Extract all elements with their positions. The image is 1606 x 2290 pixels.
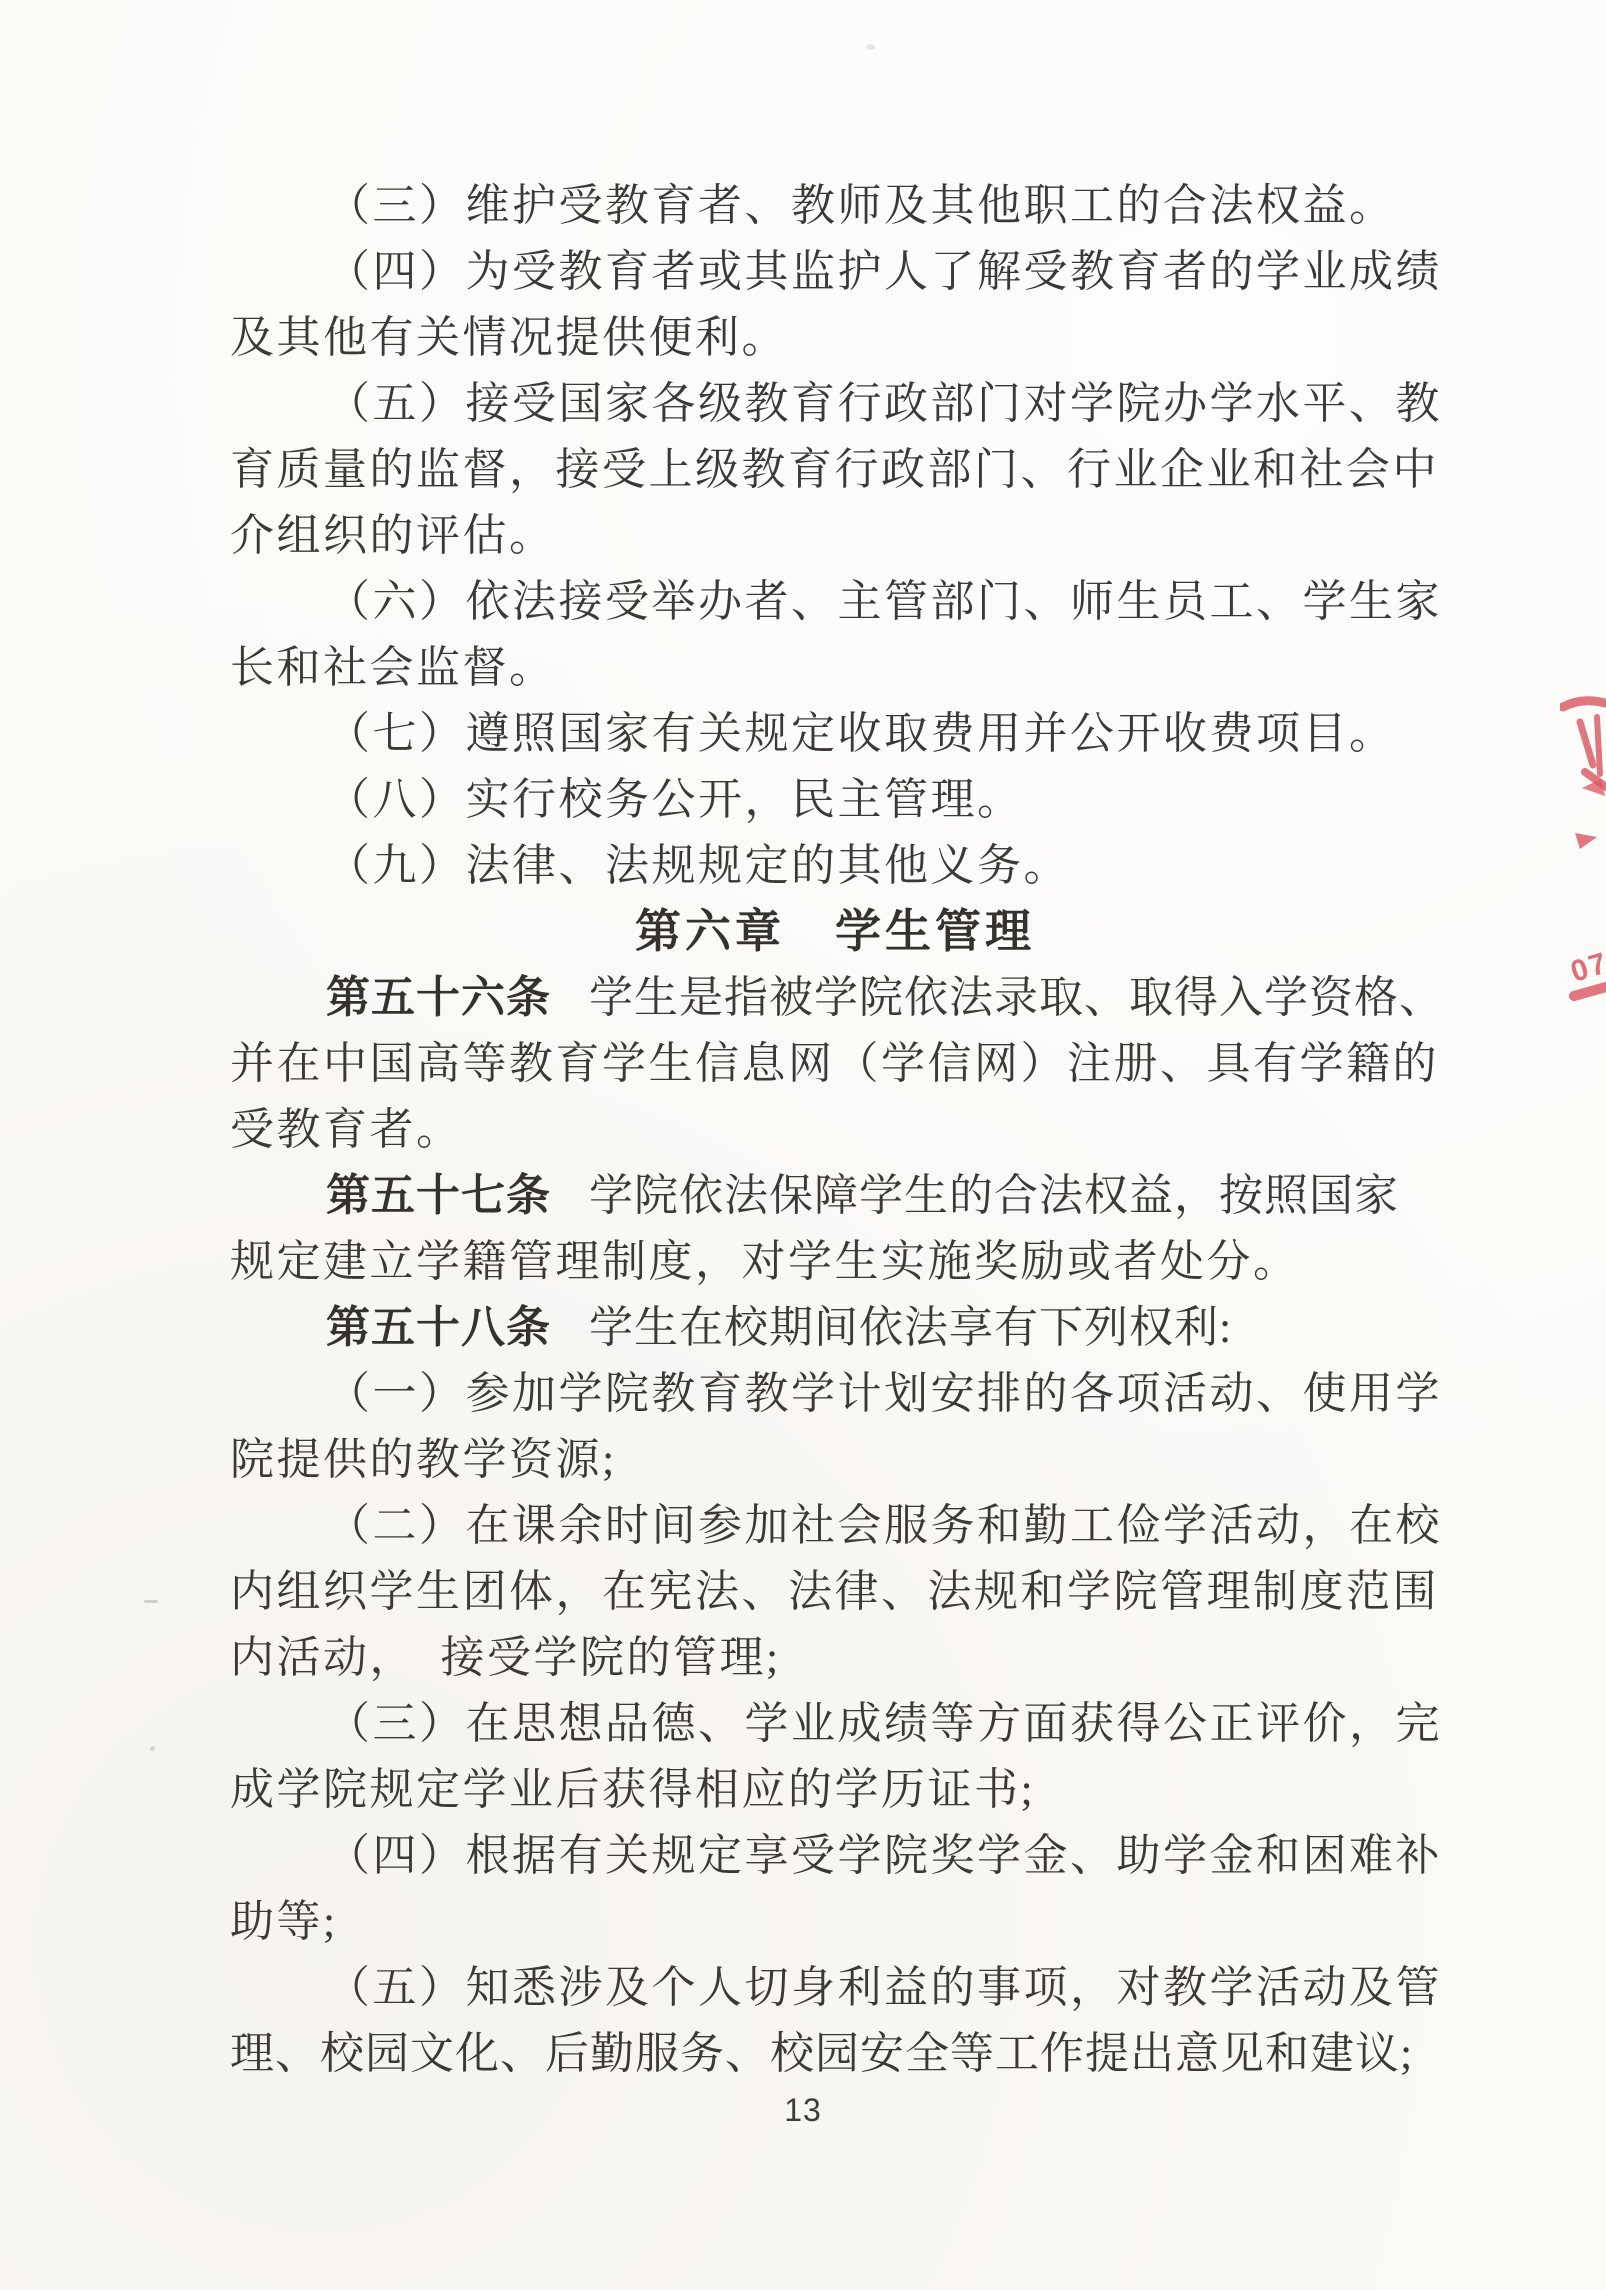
text-line: 育质量的监督，接受上级教育行政部门、行业企业和社会中 [230, 437, 1440, 503]
article-number: 第五十六条 [326, 973, 551, 1022]
text-line: 成学院规定学业后获得相应的学历证书; [230, 1757, 1440, 1823]
scanned-document-page: （三）维护受教育者、教师及其他职工的合法权益。 （四）为受教育者或其监护人了解受… [0, 0, 1606, 2290]
text-line: 第五十七条学院依法保障学生的合法权益，按照国家 [230, 1163, 1440, 1229]
text-line: 第五十八条学生在校期间依法享有下列权利: [230, 1295, 1440, 1361]
line-text: 院提供的教学资源; [230, 1435, 617, 1484]
line-text: （三）在思想品德、学业成绩等方面获得公正评价，完 [326, 1699, 1442, 1748]
line-text: 第六章 学生管理 [635, 906, 1035, 957]
line-text: 学生在校期间依法享有下列权利: [589, 1303, 1232, 1352]
scan-artifact [144, 1600, 158, 1603]
line-text: 成学院规定学业后获得相应的学历证书; [230, 1765, 1035, 1814]
text-line: 介组织的评估。 [230, 503, 1440, 569]
article-number: 第五十七条 [326, 1171, 551, 1220]
line-text: （七）遵照国家有关规定收取费用并公开收费项目。 [326, 709, 1396, 758]
text-line: 院提供的教学资源; [230, 1427, 1440, 1493]
line-text: （五）接受国家各级教育行政部门对学院办学水平、教 [326, 379, 1442, 428]
text-line: 内组织学生团体，在宪法、法律、法规和学院管理制度范围 [230, 1559, 1440, 1625]
line-text: 内组织学生团体，在宪法、法律、法规和学院管理制度范围 [230, 1567, 1439, 1616]
text-line: （四）为受教育者或其监护人了解受教育者的学业成绩 [230, 239, 1440, 305]
line-text: （四）为受教育者或其监护人了解受教育者的学业成绩 [326, 247, 1442, 296]
text-line: （五）接受国家各级教育行政部门对学院办学水平、教 [230, 371, 1440, 437]
text-line: 助等; [230, 1889, 1440, 1955]
text-line: （八）实行校务公开，民主管理。 [230, 767, 1440, 833]
text-line: 受教育者。 [230, 1097, 1440, 1163]
text-line: （六）依法接受举办者、主管部门、师生员工、学生家 [230, 569, 1440, 635]
scan-artifact [150, 1746, 155, 1751]
line-text: （四）根据有关规定享受学院奖学金、助学金和困难补 [326, 1831, 1442, 1880]
text-line: （七）遵照国家有关规定收取费用并公开收费项目。 [230, 701, 1440, 767]
text-line: （九）法律、法规规定的其他义务。 [230, 833, 1440, 899]
page-number: 13 [0, 2092, 1606, 2129]
line-text: 介组织的评估。 [230, 511, 556, 560]
line-text: 受教育者。 [230, 1105, 463, 1154]
text-line: （一）参加学院教育教学计划安排的各项活动、使用学 [230, 1361, 1440, 1427]
text-line: （三）在思想品德、学业成绩等方面获得公正评价，完 [230, 1691, 1440, 1757]
line-text: （二）在课余时间参加社会服务和勤工俭学活动，在校 [326, 1501, 1442, 1550]
text-line: （二）在课余时间参加社会服务和勤工俭学活动，在校 [230, 1493, 1440, 1559]
line-text: 及其他有关情况提供便利。 [230, 313, 788, 362]
document-body: （三）维护受教育者、教师及其他职工的合法权益。 （四）为受教育者或其监护人了解受… [230, 173, 1440, 2087]
scan-artifact [866, 44, 875, 50]
text-line: 并在中国高等教育学生信息网（学信网）注册、具有学籍的 [230, 1031, 1440, 1097]
line-text: 学院依法保障学生的合法权益，按照国家 [589, 1171, 1399, 1220]
text-line: 第五十六条学生是指被学院依法录取、取得入学资格、 [230, 965, 1440, 1031]
line-text: 长和社会监督。 [230, 643, 556, 692]
line-text: 育质量的监督，接受上级教育行政部门、行业企业和社会中 [230, 445, 1439, 494]
line-text: 并在中国高等教育学生信息网（学信网）注册、具有学籍的 [230, 1039, 1439, 1088]
line-text: （五）知悉涉及个人切身利益的事项，对教学活动及管 [326, 1963, 1442, 2012]
text-line: （四）根据有关规定享受学院奖学金、助学金和困难补 [230, 1823, 1440, 1889]
text-line: 长和社会监督。 [230, 635, 1440, 701]
text-line: 内活动， 接受学院的管理; [230, 1625, 1440, 1691]
line-text: 规定建立学籍管理制度，对学生实施奖励或者处分。 [230, 1237, 1300, 1286]
line-text: 内活动， 接受学院的管理; [230, 1633, 781, 1682]
line-text: （三）维护受教育者、教师及其他职工的合法权益。 [326, 181, 1396, 230]
article-number: 第五十八条 [326, 1303, 551, 1352]
text-line: 第六章 学生管理 [230, 899, 1440, 965]
line-text: （九）法律、法规规定的其他义务。 [326, 841, 1070, 890]
line-text: 理、校园文化、后勤服务、校园安全等工作提出意见和建议; [230, 2029, 1413, 2078]
line-text: 助等; [230, 1897, 338, 1946]
text-line: 规定建立学籍管理制度，对学生实施奖励或者处分。 [230, 1229, 1440, 1295]
text-line: 及其他有关情况提供便利。 [230, 305, 1440, 371]
text-line: 理、校园文化、后勤服务、校园安全等工作提出意见和建议; [230, 2021, 1440, 2087]
line-text: 学生是指被学院依法录取、取得入学资格、 [589, 973, 1444, 1022]
seal-triangle-mark-icon [1575, 833, 1597, 849]
line-text: （八）实行校务公开，民主管理。 [326, 775, 1024, 824]
text-line: （五）知悉涉及个人切身利益的事项，对教学活动及管 [230, 1955, 1440, 2021]
line-text: （一）参加学院教育教学计划安排的各项活动、使用学 [326, 1369, 1442, 1418]
text-line: （三）维护受教育者、教师及其他职工的合法权益。 [230, 173, 1440, 239]
line-text: （六）依法接受举办者、主管部门、师生员工、学生家 [326, 577, 1442, 626]
seal-stroke-group [1563, 701, 1606, 787]
